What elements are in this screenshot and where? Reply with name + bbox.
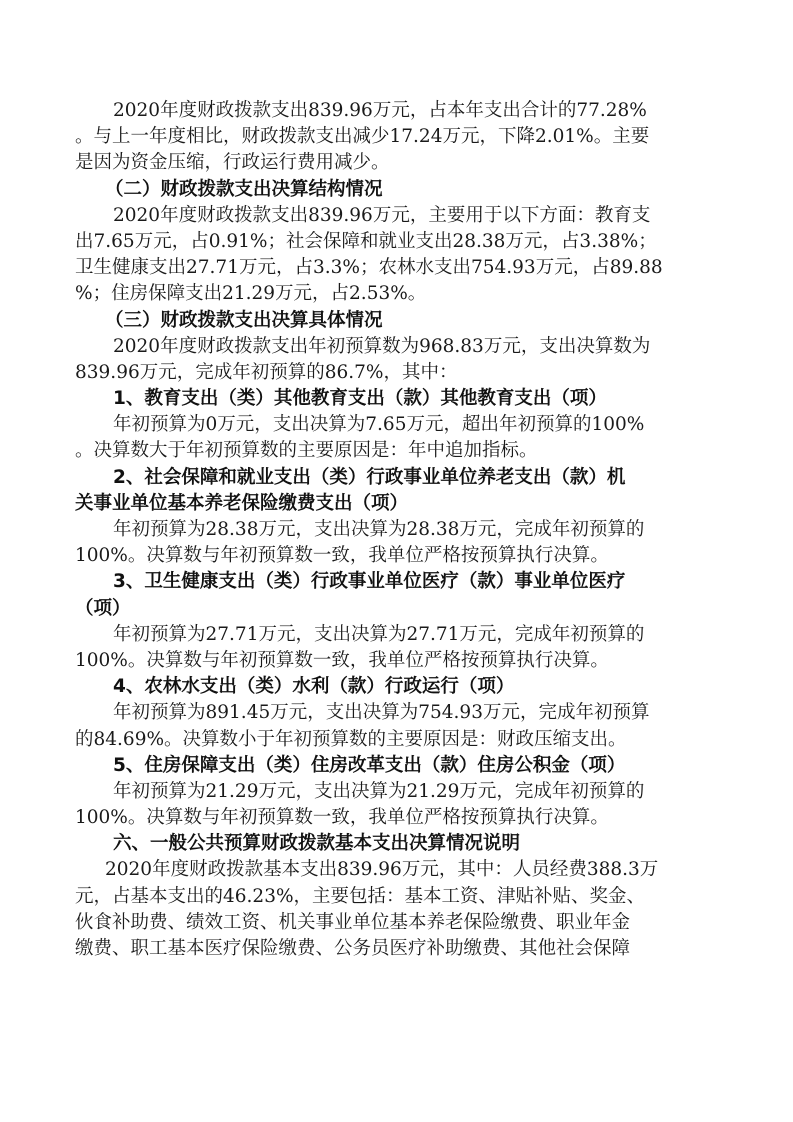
paragraph-line: 的84.69%。决算数小于年初预算数的主要原因是：财政压缩支出。: [75, 727, 715, 753]
paragraph-line: 2020年度财政拨款支出年初预算数为968.83万元，支出决算数为: [75, 334, 715, 360]
paragraph-line: 2020年度财政拨款支出839.96万元，占本年支出合计的77.28%: [75, 98, 715, 124]
item-heading-education: 1、教育支出（类）其他教育支出（款）其他教育支出（项）: [75, 386, 715, 412]
section-heading-details: （三）财政拨款支出决算具体情况: [75, 308, 715, 334]
paragraph-line: 年初预算为891.45万元，支出决算为754.93万元，完成年初预算: [75, 700, 715, 726]
paragraph-line: 。与上一年度相比，财政拨款支出减少17.24万元，下降2.01%。主要: [75, 124, 715, 150]
paragraph-line: %；住房保障支出21.29万元，占2.53%。: [75, 281, 715, 307]
section-heading-six: 六、一般公共预算财政拨款基本支出决算情况说明: [75, 831, 715, 857]
section-heading-structure: （二）财政拨款支出决算结构情况: [75, 177, 715, 203]
document-page: 2020年度财政拨款支出839.96万元，占本年支出合计的77.28% 。与上一…: [75, 98, 715, 962]
paragraph-line: 。决算数大于年初预算数的主要原因是：年中追加指标。: [75, 438, 715, 464]
paragraph-line: 出7.65万元，占0.91%；社会保障和就业支出28.38万元，占3.38%；: [75, 229, 715, 255]
item-heading-social-security: 2、社会保障和就业支出（类）行政事业单位养老支出（款）机: [75, 465, 715, 491]
paragraph-line: 是因为资金压缩，行政运行费用减少。: [75, 150, 715, 176]
paragraph-line: 卫生健康支出27.71万元，占3.3%；农林水支出754.93万元，占89.88: [75, 255, 715, 281]
paragraph-line: 年初预算为27.71万元，支出决算为27.71万元，完成年初预算的: [75, 622, 715, 648]
paragraph-line: 2020年度财政拨款基本支出839.96万元，其中：人员经费388.3万: [75, 857, 715, 883]
paragraph-line: 100%。决算数与年初预算数一致，我单位严格按预算执行决算。: [75, 543, 715, 569]
item-heading-health: 3、卫生健康支出（类）行政事业单位医疗（款）事业单位医疗: [75, 569, 715, 595]
item-heading-health-cont: （项）: [75, 596, 715, 622]
paragraph-line: 缴费、职工基本医疗保险缴费、公务员医疗补助缴费、其他社会保障: [75, 936, 715, 962]
paragraph-line: 年初预算为21.29万元，支出决算为21.29万元，完成年初预算的: [75, 779, 715, 805]
paragraph-line: 100%。决算数与年初预算数一致，我单位严格按预算执行决算。: [75, 648, 715, 674]
paragraph-line: 伙食补助费、绩效工资、机关事业单位基本养老保险缴费、职业年金: [75, 910, 715, 936]
paragraph-line: 839.96万元，完成年初预算的86.7%，其中：: [75, 360, 715, 386]
paragraph-line: 年初预算为0万元，支出决算为7.65万元，超出年初预算的100%: [75, 412, 715, 438]
paragraph-line: 100%。决算数与年初预算数一致，我单位严格按预算执行决算。: [75, 805, 715, 831]
item-heading-housing: 5、住房保障支出（类）住房改革支出（款）住房公积金（项）: [75, 753, 715, 779]
paragraph-line: 2020年度财政拨款支出839.96万元，主要用于以下方面：教育支: [75, 203, 715, 229]
item-heading-agriculture: 4、农林水支出（类）水利（款）行政运行（项）: [75, 674, 715, 700]
paragraph-line: 元，占基本支出的46.23%，主要包括：基本工资、津贴补贴、奖金、: [75, 884, 715, 910]
paragraph-line: 年初预算为28.38万元，支出决算为28.38万元，完成年初预算的: [75, 517, 715, 543]
item-heading-social-security-cont: 关事业单位基本养老保险缴费支出（项）: [75, 491, 715, 517]
